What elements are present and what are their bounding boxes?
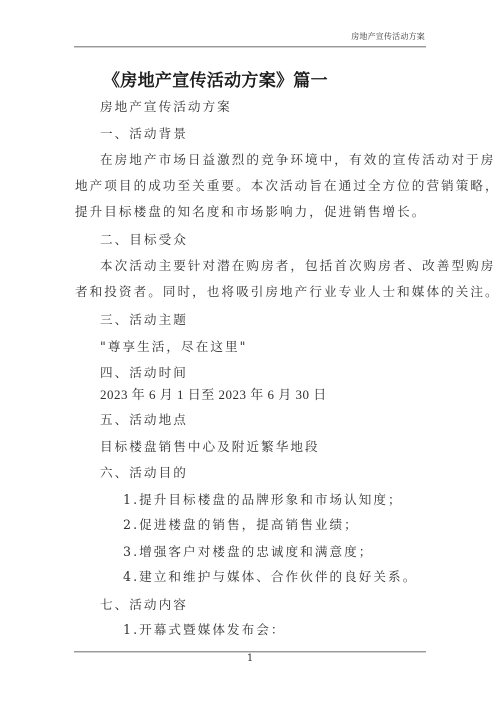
section-heading-content: 七、活动内容: [100, 597, 188, 613]
section-heading-background: 一、活动背景: [100, 126, 188, 142]
section-heading-time: 四、活动时间: [100, 365, 188, 381]
paragraph-line: 地产项目的成功至关重要。本次活动旨在通过全方位的营销策略，: [75, 178, 500, 194]
paragraph-line: 者和投资者。同时，也将吸引房地产行业专业人士和媒体的关注。: [75, 284, 500, 300]
list-item: 4.建立和维护与媒体、合作伙伴的良好关系。: [123, 569, 417, 585]
document-subtitle: 房地产宣传活动方案: [100, 99, 232, 115]
paragraph-line: 在房地产市场日益激烈的竞争环境中，有效的宣传活动对于房: [100, 152, 495, 168]
header-divider: [74, 46, 426, 47]
list-item: 3.增强客户对楼盘的忠诚度和满意度；: [123, 544, 373, 560]
event-dates: 2023 年 6 月 1 日至 2023 年 6 月 30 日: [100, 387, 327, 403]
event-location: 目标楼盘销售中心及附近繁华地段: [100, 439, 320, 455]
document-title: 《房地产宣传活动方案》篇一: [103, 66, 328, 91]
page-number: 1: [0, 653, 500, 664]
footer-divider: [74, 651, 426, 652]
running-header: 房地产宣传活动方案: [351, 31, 425, 42]
list-item: 1.开幕式暨媒体发布会：: [123, 622, 286, 638]
list-item: 1.提升目标楼盘的品牌形象和市场认知度；: [123, 492, 403, 508]
list-item: 2.促进楼盘的销售，提高销售业绩；: [123, 517, 359, 533]
paragraph-line: 提升目标楼盘的知名度和市场影响力，促进销售增长。: [75, 204, 426, 220]
section-heading-theme: 三、活动主题: [100, 312, 188, 328]
section-heading-objectives: 六、活动目的: [100, 465, 188, 481]
section-heading-audience: 二、目标受众: [100, 232, 188, 248]
theme-slogan: "尊享生活，尽在这里": [100, 339, 247, 355]
paragraph-line: 本次活动主要针对潜在购房者，包括首次购房者、改善型购房: [100, 258, 495, 274]
document-page: 房地产宣传活动方案 《房地产宣传活动方案》篇一 房地产宣传活动方案 一、活动背景…: [0, 0, 500, 707]
section-heading-location: 五、活动地点: [100, 412, 188, 428]
